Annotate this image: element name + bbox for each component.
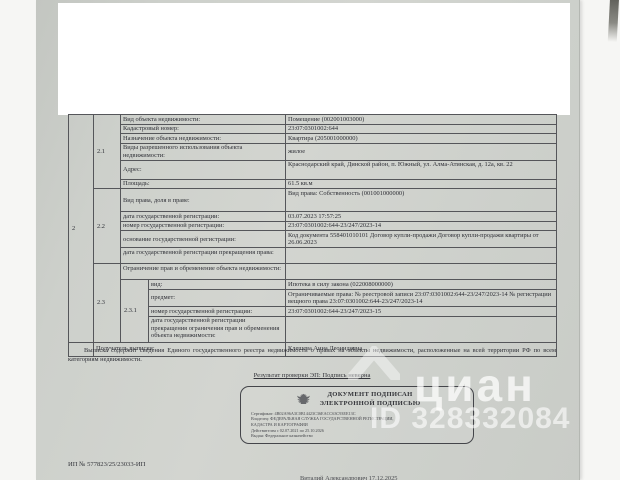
row-label: номер государственной регистрации: — [121, 221, 286, 231]
row-value: Вид права: Собственность (001001000000) — [286, 189, 557, 212]
stamp-header: ДОКУМЕНТ ПОДПИСАН ЭЛЕКТРОННОЙ ПОДПИСЬЮ — [251, 391, 465, 408]
row-label: Вид объекта недвижимости: — [121, 115, 286, 125]
row-value: 23:07:0301002:644 — [286, 124, 557, 134]
signature-check-text: Результат проверки ЭП: Подпись неверна — [254, 372, 371, 379]
row-label: дата государственной регистрации: — [121, 212, 286, 222]
row-value: Код документа 558401010101 Договор купли… — [286, 231, 557, 248]
table-row: 2.3.1 вид: Ипотека в силу закона (022008… — [69, 280, 557, 290]
row-label: Вид права, доля в праве: — [121, 189, 286, 212]
stamp-owner: Владелец: ФЕДЕРАЛЬНАЯ СЛУЖБА ГОСУДАРСТВЕ… — [251, 416, 403, 427]
table-row: Назначение объекта недвижимости: Квартир… — [69, 134, 557, 144]
row-value: 23:07:0301002:644-23/247/2023-14 — [286, 221, 557, 231]
cutoff-bottom-line: Виталий Александрович 17.12.2025 — [300, 475, 397, 480]
redacted-block — [58, 3, 570, 115]
row-label: Кадастровый номер: — [121, 124, 286, 134]
digital-signature-stamp: ДОКУМЕНТ ПОДПИСАН ЭЛЕКТРОННОЙ ПОДПИСЬЮ С… — [240, 386, 474, 444]
photo-corner-shadow — [608, 0, 619, 42]
row-value: Квартира (205001000000) — [286, 134, 557, 144]
row-value — [286, 248, 557, 264]
table-row: Площадь: 61.5 кв.м — [69, 179, 557, 189]
row-label: Адрес: — [121, 160, 286, 179]
row-label: Ограничение прав и обременение объекта н… — [121, 264, 286, 280]
state-eagle-icon — [295, 392, 312, 408]
section-2-number: 2 — [69, 115, 94, 343]
row-label: дата государственной регистрации прекращ… — [149, 316, 286, 342]
stamp-title: ДОКУМЕНТ ПОДПИСАН ЭЛЕКТРОННОЙ ПОДПИСЬЮ — [319, 391, 420, 408]
row-value: 61.5 кв.м — [286, 179, 557, 189]
row-value: жилое — [286, 143, 557, 160]
table-row: 2.2 Вид права, доля в праве: Вид права: … — [69, 189, 557, 212]
table-row: Кадастровый номер: 23:07:0301002:644 — [69, 124, 557, 134]
stamp-details: Сертификат: 4B02A96A3C0B14423C36EACC63C9… — [251, 411, 403, 439]
row-value: 23:07:0301002:644-23/247/2023-15 — [286, 307, 557, 317]
row-label: Виды разрешенного использования объекта … — [121, 143, 286, 160]
table-row: 2 2.1 Вид объекта недвижимости: Помещени… — [69, 115, 557, 125]
table-row: 2.3 Ограничение прав и обременение объек… — [69, 264, 557, 280]
section-231-number: 2.3.1 — [121, 280, 149, 342]
row-value: Краснодарский край, Динской район, п. Юж… — [286, 160, 557, 179]
row-value: Ограничиваемые права: № реестровой запис… — [286, 290, 557, 307]
document-photo: 2 2.1 Вид объекта недвижимости: Помещени… — [0, 0, 620, 480]
row-label: дата государственной регистрации прекращ… — [121, 248, 286, 264]
table-row: номер государственной регистрации: 23:07… — [69, 221, 557, 231]
section-21-number: 2.1 — [94, 115, 121, 189]
extract-note: Выписка содержит сведения Единого госуда… — [68, 346, 556, 365]
section-23-number: 2.3 — [94, 264, 121, 342]
stamp-title-line2: ЭЛЕКТРОННОЙ ПОДПИСЬЮ — [319, 400, 420, 409]
row-label: Назначение объекта недвижимости: — [121, 134, 286, 144]
stamp-issuer: Выдан: Федеральное казначейство — [251, 433, 403, 439]
table-row: Виды разрешенного использования объекта … — [69, 143, 557, 160]
row-label: предмет: — [149, 290, 286, 307]
table-row: основание государственной регистрации: К… — [69, 231, 557, 248]
row-value — [286, 316, 557, 342]
row-value: Ипотека в силу закона (022008000000) — [286, 280, 557, 290]
table-row: Адрес: Краснодарский край, Динской район… — [69, 160, 557, 179]
row-label: Площадь: — [121, 179, 286, 189]
row-value — [286, 264, 557, 280]
section-22-number: 2.2 — [94, 189, 121, 264]
signature-check-result: Результат проверки ЭП: Подпись неверна — [68, 372, 556, 379]
table-row: дата государственной регистрации прекращ… — [69, 248, 557, 264]
egrn-table: 2 2.1 Вид объекта недвижимости: Помещени… — [68, 114, 557, 357]
row-label: вид: — [149, 280, 286, 290]
row-value: Помещение (002001003000) — [286, 115, 557, 125]
enforcement-case-number: ИП № 577823/25/23033-ИП — [68, 461, 145, 468]
table-row: дата государственной регистрации: 03.07.… — [69, 212, 557, 222]
row-label: номер государственной регистрации: — [149, 307, 286, 317]
row-label: основание государственной регистрации: — [121, 231, 286, 248]
stamp-title-line1: ДОКУМЕНТ ПОДПИСАН — [319, 391, 420, 400]
row-value: 03.07.2023 17:57:25 — [286, 212, 557, 222]
